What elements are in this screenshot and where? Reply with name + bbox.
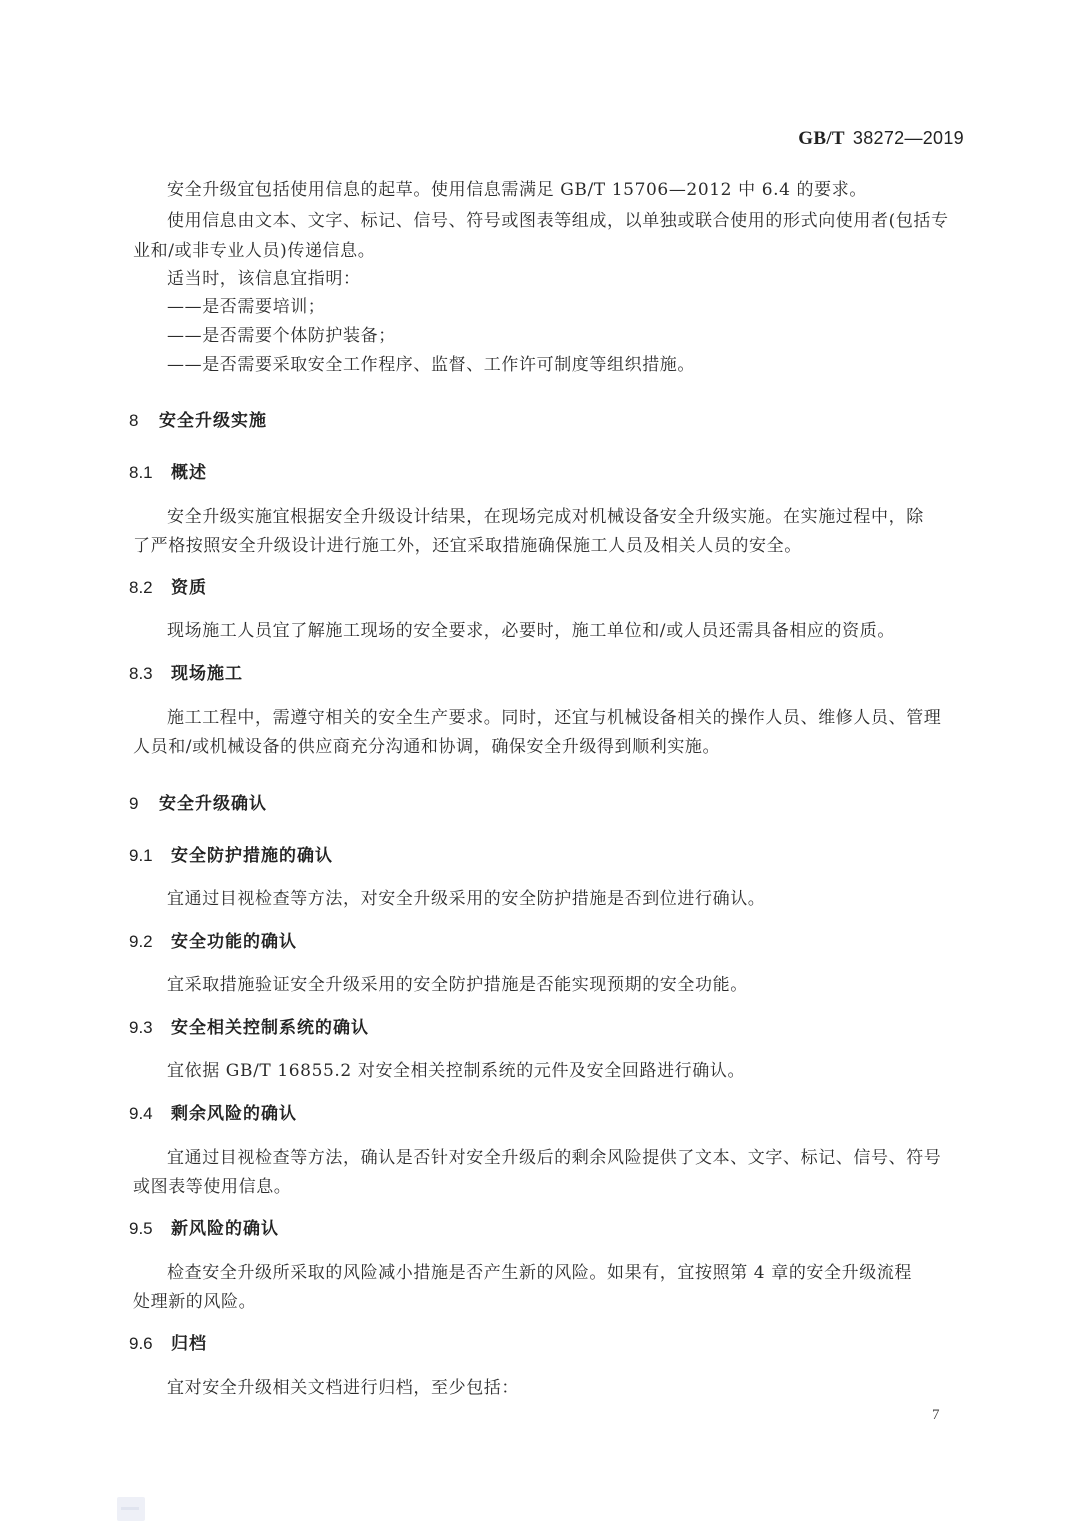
page-number: 7 bbox=[932, 1407, 940, 1424]
section-title: 安全相关控制系统的确认 bbox=[171, 1018, 369, 1038]
section-heading-9-2: 9.2安全功能的确认 bbox=[129, 932, 297, 952]
standard-number: 38272—2019 bbox=[853, 128, 964, 148]
section-9-5-line2: 处理新的风险。 bbox=[133, 1292, 256, 1312]
standard-code: GB/T38272—2019 bbox=[798, 128, 964, 150]
section-heading-9-1: 9.1安全防护措施的确认 bbox=[129, 846, 333, 866]
section-heading-9-4: 9.4剩余风险的确认 bbox=[129, 1104, 297, 1124]
section-9-1-line1: 宜通过目视检查等方法，对安全升级采用的安全防护措施是否到位进行确认。 bbox=[167, 889, 765, 909]
section-9-6-line1: 宜对安全升级相关文档进行归档，至少包括： bbox=[167, 1378, 519, 1398]
section-title: 安全功能的确认 bbox=[171, 932, 297, 952]
paragraph-info-indicate: 适当时，该信息宜指明： bbox=[167, 269, 361, 289]
section-9-4-line1: 宜通过目视检查等方法，确认是否针对安全升级后的剩余风险提供了文本、文字、标记、信… bbox=[167, 1148, 941, 1168]
section-heading-8-3: 8.3现场施工 bbox=[129, 664, 243, 684]
section-title: 资质 bbox=[171, 578, 207, 598]
section-heading-9-6: 9.6归档 bbox=[129, 1334, 207, 1354]
chapter-heading-8: 8安全升级实施 bbox=[129, 411, 267, 431]
paragraph-usage-info: 安全升级宜包括使用信息的起草。使用信息需满足 GB/T 15706—2012 中… bbox=[167, 180, 867, 200]
section-number: 8.2 bbox=[129, 578, 159, 598]
section-number: 9.3 bbox=[129, 1018, 159, 1038]
section-heading-9-3: 9.3安全相关控制系统的确认 bbox=[129, 1018, 369, 1038]
paragraph-usage-composition-line1: 使用信息由文本、文字、标记、信号、符号或图表等组成，以单独或联合使用的形式向使用… bbox=[167, 211, 949, 231]
list-item: ——是否需要个体防护装备； bbox=[167, 326, 396, 346]
section-9-4-line2: 或图表等使用信息。 bbox=[133, 1177, 291, 1197]
list-item: ——是否需要培训； bbox=[167, 297, 325, 317]
document-page: GB/T38272—2019 安全升级宜包括使用信息的起草。使用信息需满足 GB… bbox=[0, 0, 1080, 1527]
section-heading-8-1: 8.1概述 bbox=[129, 463, 207, 483]
section-9-5-line1: 检查安全升级所采取的风险减小措施是否产生新的风险。如果有，宜按照第 4 章的安全… bbox=[167, 1263, 912, 1283]
section-heading-8-2: 8.2资质 bbox=[129, 578, 207, 598]
section-8-3-line1: 施工工程中，需遵守相关的安全生产要求。同时，还宜与机械设备相关的操作人员、维修人… bbox=[167, 708, 941, 728]
section-9-3-line1: 宜依据 GB/T 16855.2 对安全相关控制系统的元件及安全回路进行确认。 bbox=[167, 1061, 745, 1081]
section-9-2-line1: 宜采取措施验证安全升级采用的安全防护措施是否能实现预期的安全功能。 bbox=[167, 975, 748, 995]
section-number: 9.2 bbox=[129, 932, 159, 952]
watermark-logo-icon bbox=[117, 1497, 145, 1521]
section-8-3-line2: 人员和/或机械设备的供应商充分沟通和协调，确保安全升级得到顺利实施。 bbox=[133, 737, 720, 757]
chapter-number: 8 bbox=[129, 411, 147, 431]
chapter-title: 安全升级实施 bbox=[159, 411, 267, 431]
section-title: 现场施工 bbox=[171, 664, 243, 684]
section-number: 9.6 bbox=[129, 1334, 159, 1354]
section-8-1-line1: 安全升级实施宜根据安全升级设计结果，在现场完成对机械设备安全升级实施。在实施过程… bbox=[167, 507, 924, 527]
standard-prefix: GB/T bbox=[798, 128, 845, 149]
section-number: 8.1 bbox=[129, 463, 159, 483]
chapter-title: 安全升级确认 bbox=[159, 794, 267, 814]
section-number: 9.1 bbox=[129, 846, 159, 866]
section-8-1-line2: 了严格按照安全升级设计进行施工外，还宜采取措施确保施工人员及相关人员的安全。 bbox=[133, 536, 802, 556]
section-number: 9.5 bbox=[129, 1219, 159, 1239]
section-title: 安全防护措施的确认 bbox=[171, 846, 333, 866]
section-heading-9-5: 9.5新风险的确认 bbox=[129, 1219, 279, 1239]
section-title: 新风险的确认 bbox=[171, 1219, 279, 1239]
section-title: 概述 bbox=[171, 463, 207, 483]
section-number: 8.3 bbox=[129, 664, 159, 684]
section-title: 归档 bbox=[171, 1334, 207, 1354]
list-item: ——是否需要采取安全工作程序、监督、工作许可制度等组织措施。 bbox=[167, 355, 695, 375]
section-number: 9.4 bbox=[129, 1104, 159, 1124]
paragraph-usage-composition-line2: 业和/或非专业人员)传递信息。 bbox=[133, 241, 375, 261]
section-8-2-line1: 现场施工人员宜了解施工现场的安全要求，必要时，施工单位和/或人员还需具备相应的资… bbox=[167, 621, 895, 641]
chapter-number: 9 bbox=[129, 794, 147, 814]
chapter-heading-9: 9安全升级确认 bbox=[129, 794, 267, 814]
section-title: 剩余风险的确认 bbox=[171, 1104, 297, 1124]
